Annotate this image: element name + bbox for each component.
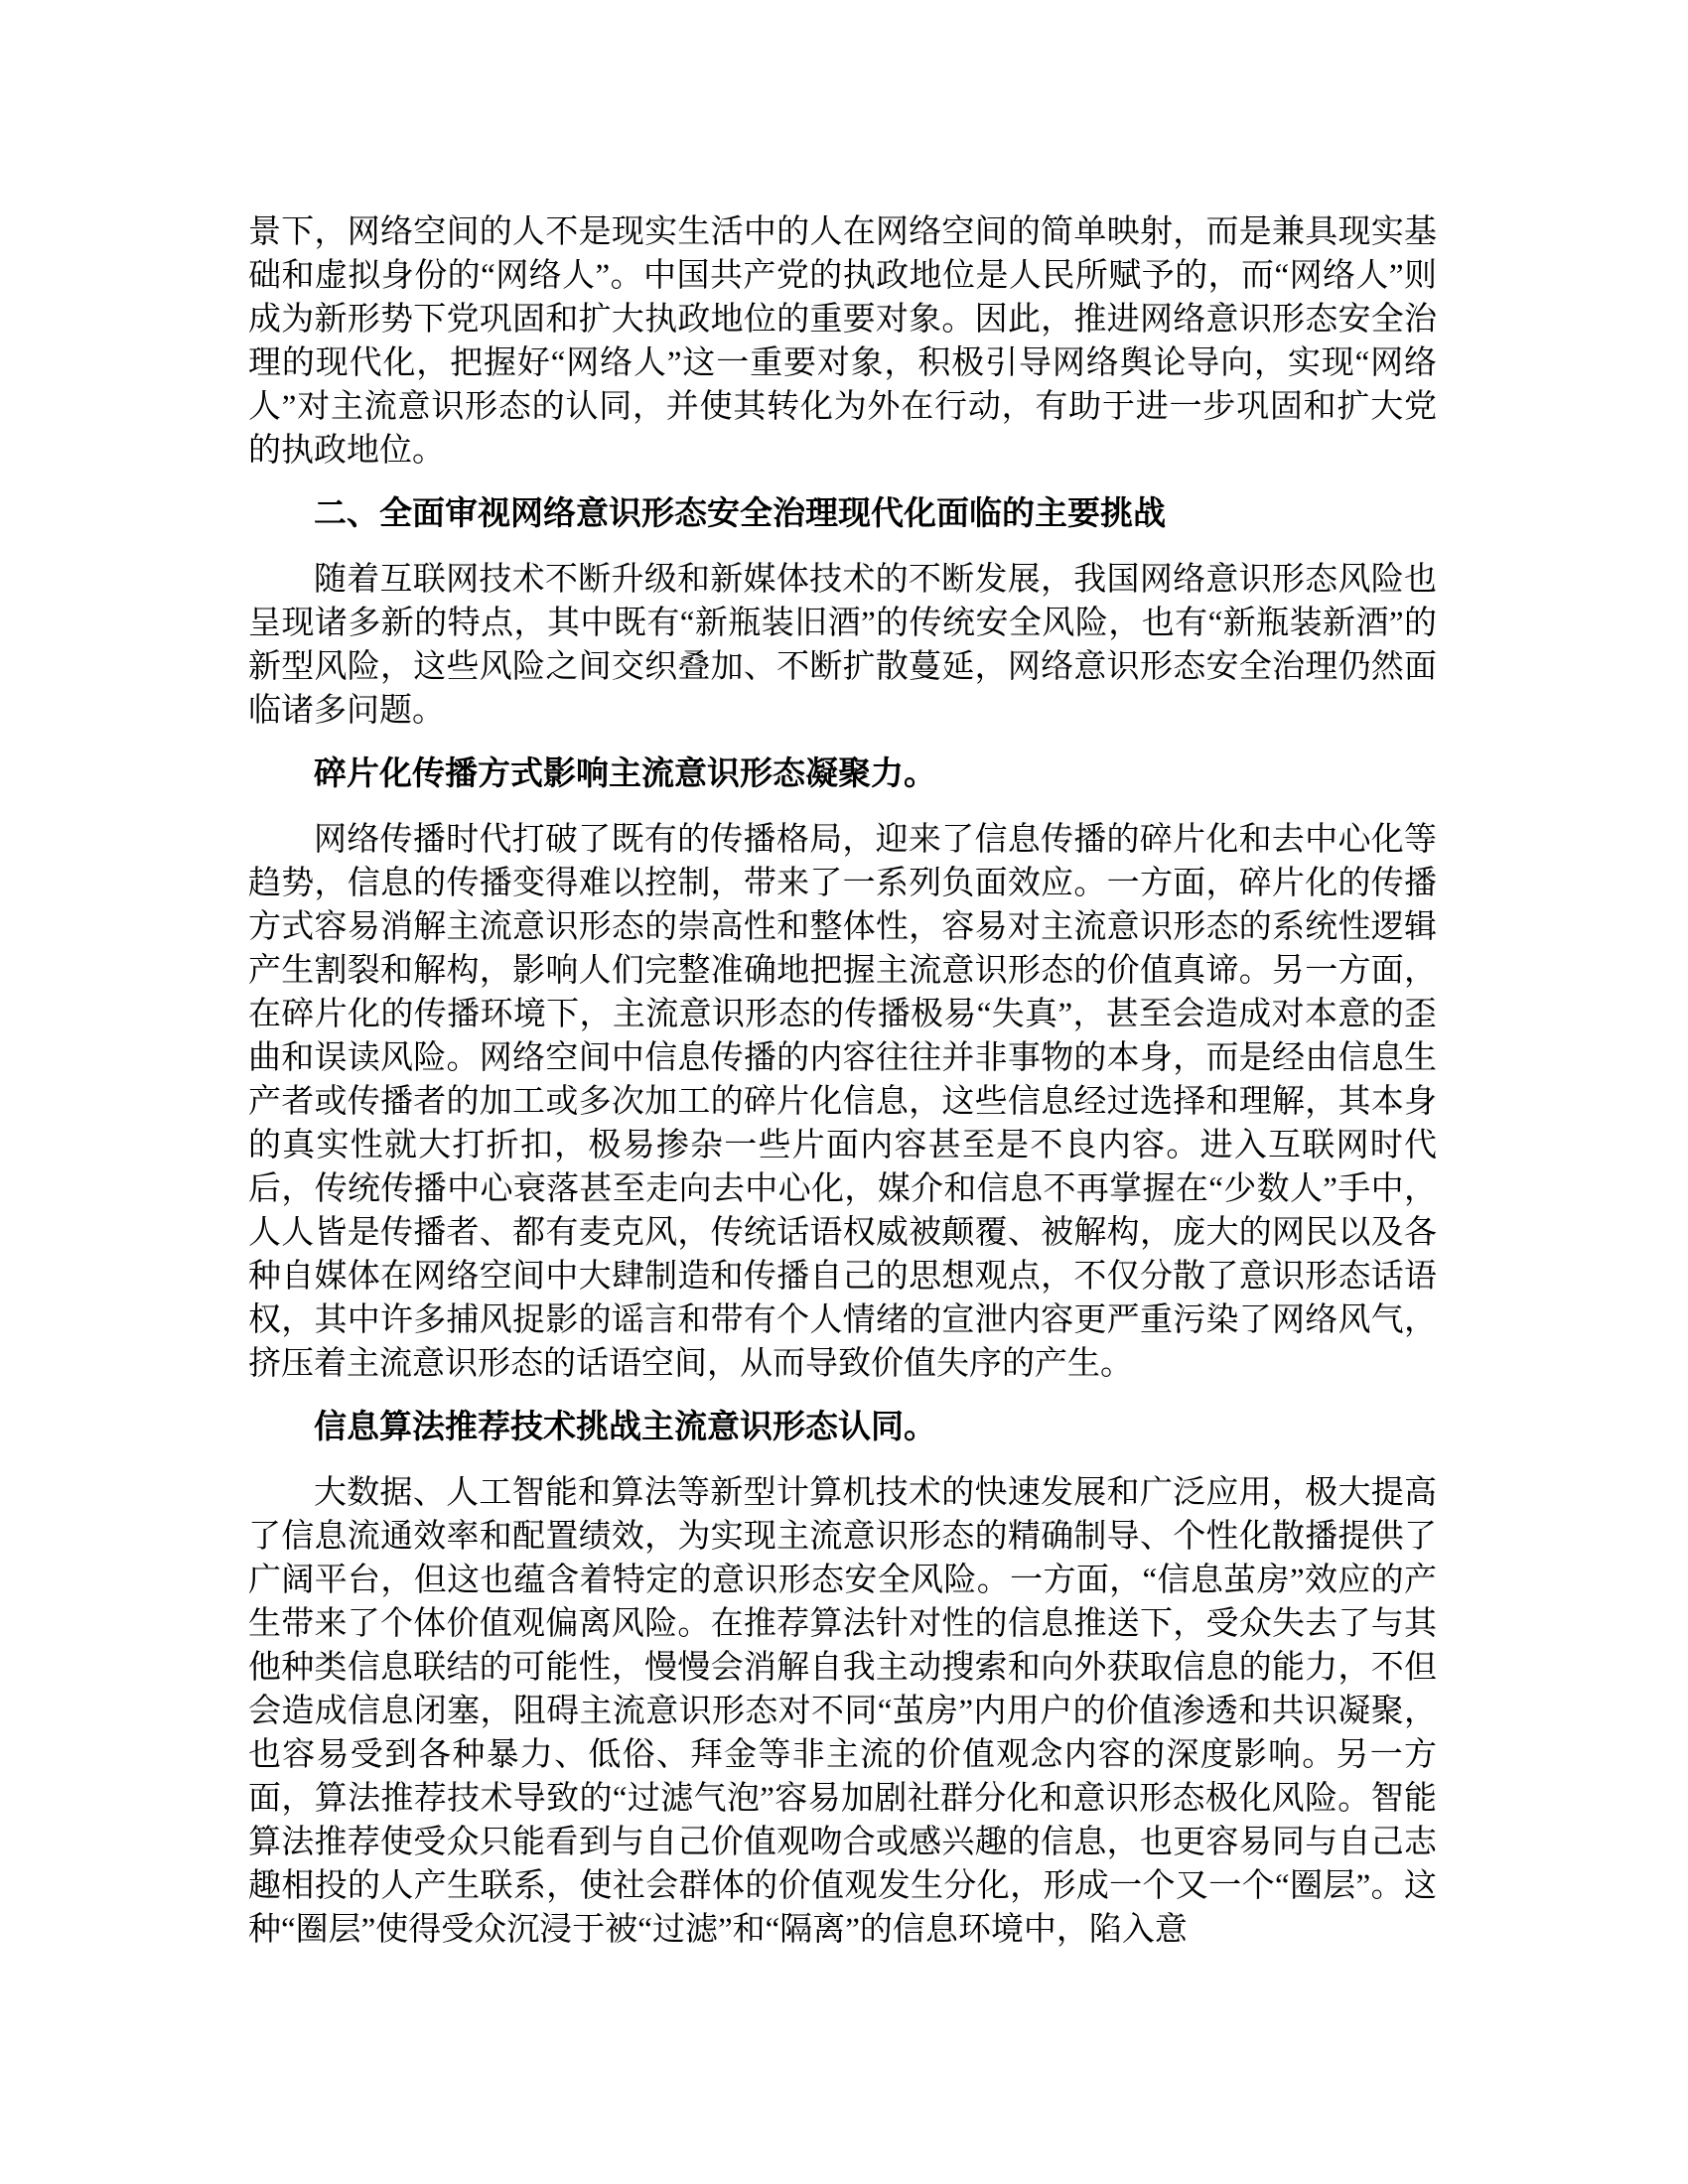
body-paragraph: 随着互联网技术不断升级和新媒体技术的不断发展，我国网络意识形态风险也呈现诸多新的… [248, 558, 1437, 733]
sub-heading-algorithm-recommendation: 信息算法推荐技术挑战主流意识形态认同。 [248, 1406, 1437, 1449]
document-content: 景下，网络空间的人不是现实生活中的人在网络空间的简单映射，而是兼具现实基础和虚拟… [248, 210, 1437, 1952]
section-heading: 二、全面审视网络意识形态安全治理现代化面临的主要挑战 [248, 492, 1437, 536]
document-page: 景下，网络空间的人不是现实生活中的人在网络空间的简单映射，而是兼具现实基础和虚拟… [0, 0, 1688, 2184]
body-paragraph: 大数据、人工智能和算法等新型计算机技术的快速发展和广泛应用，极大提高了信息流通效… [248, 1471, 1437, 1952]
body-paragraph-continuation: 景下，网络空间的人不是现实生活中的人在网络空间的简单映射，而是兼具现实基础和虚拟… [248, 210, 1437, 473]
body-paragraph: 网络传播时代打破了既有的传播格局，迎来了信息传播的碎片化和去中心化等趋势，信息的… [248, 818, 1437, 1386]
sub-heading-fragmented-communication: 碎片化传播方式影响主流意识形态凝聚力。 [248, 752, 1437, 796]
